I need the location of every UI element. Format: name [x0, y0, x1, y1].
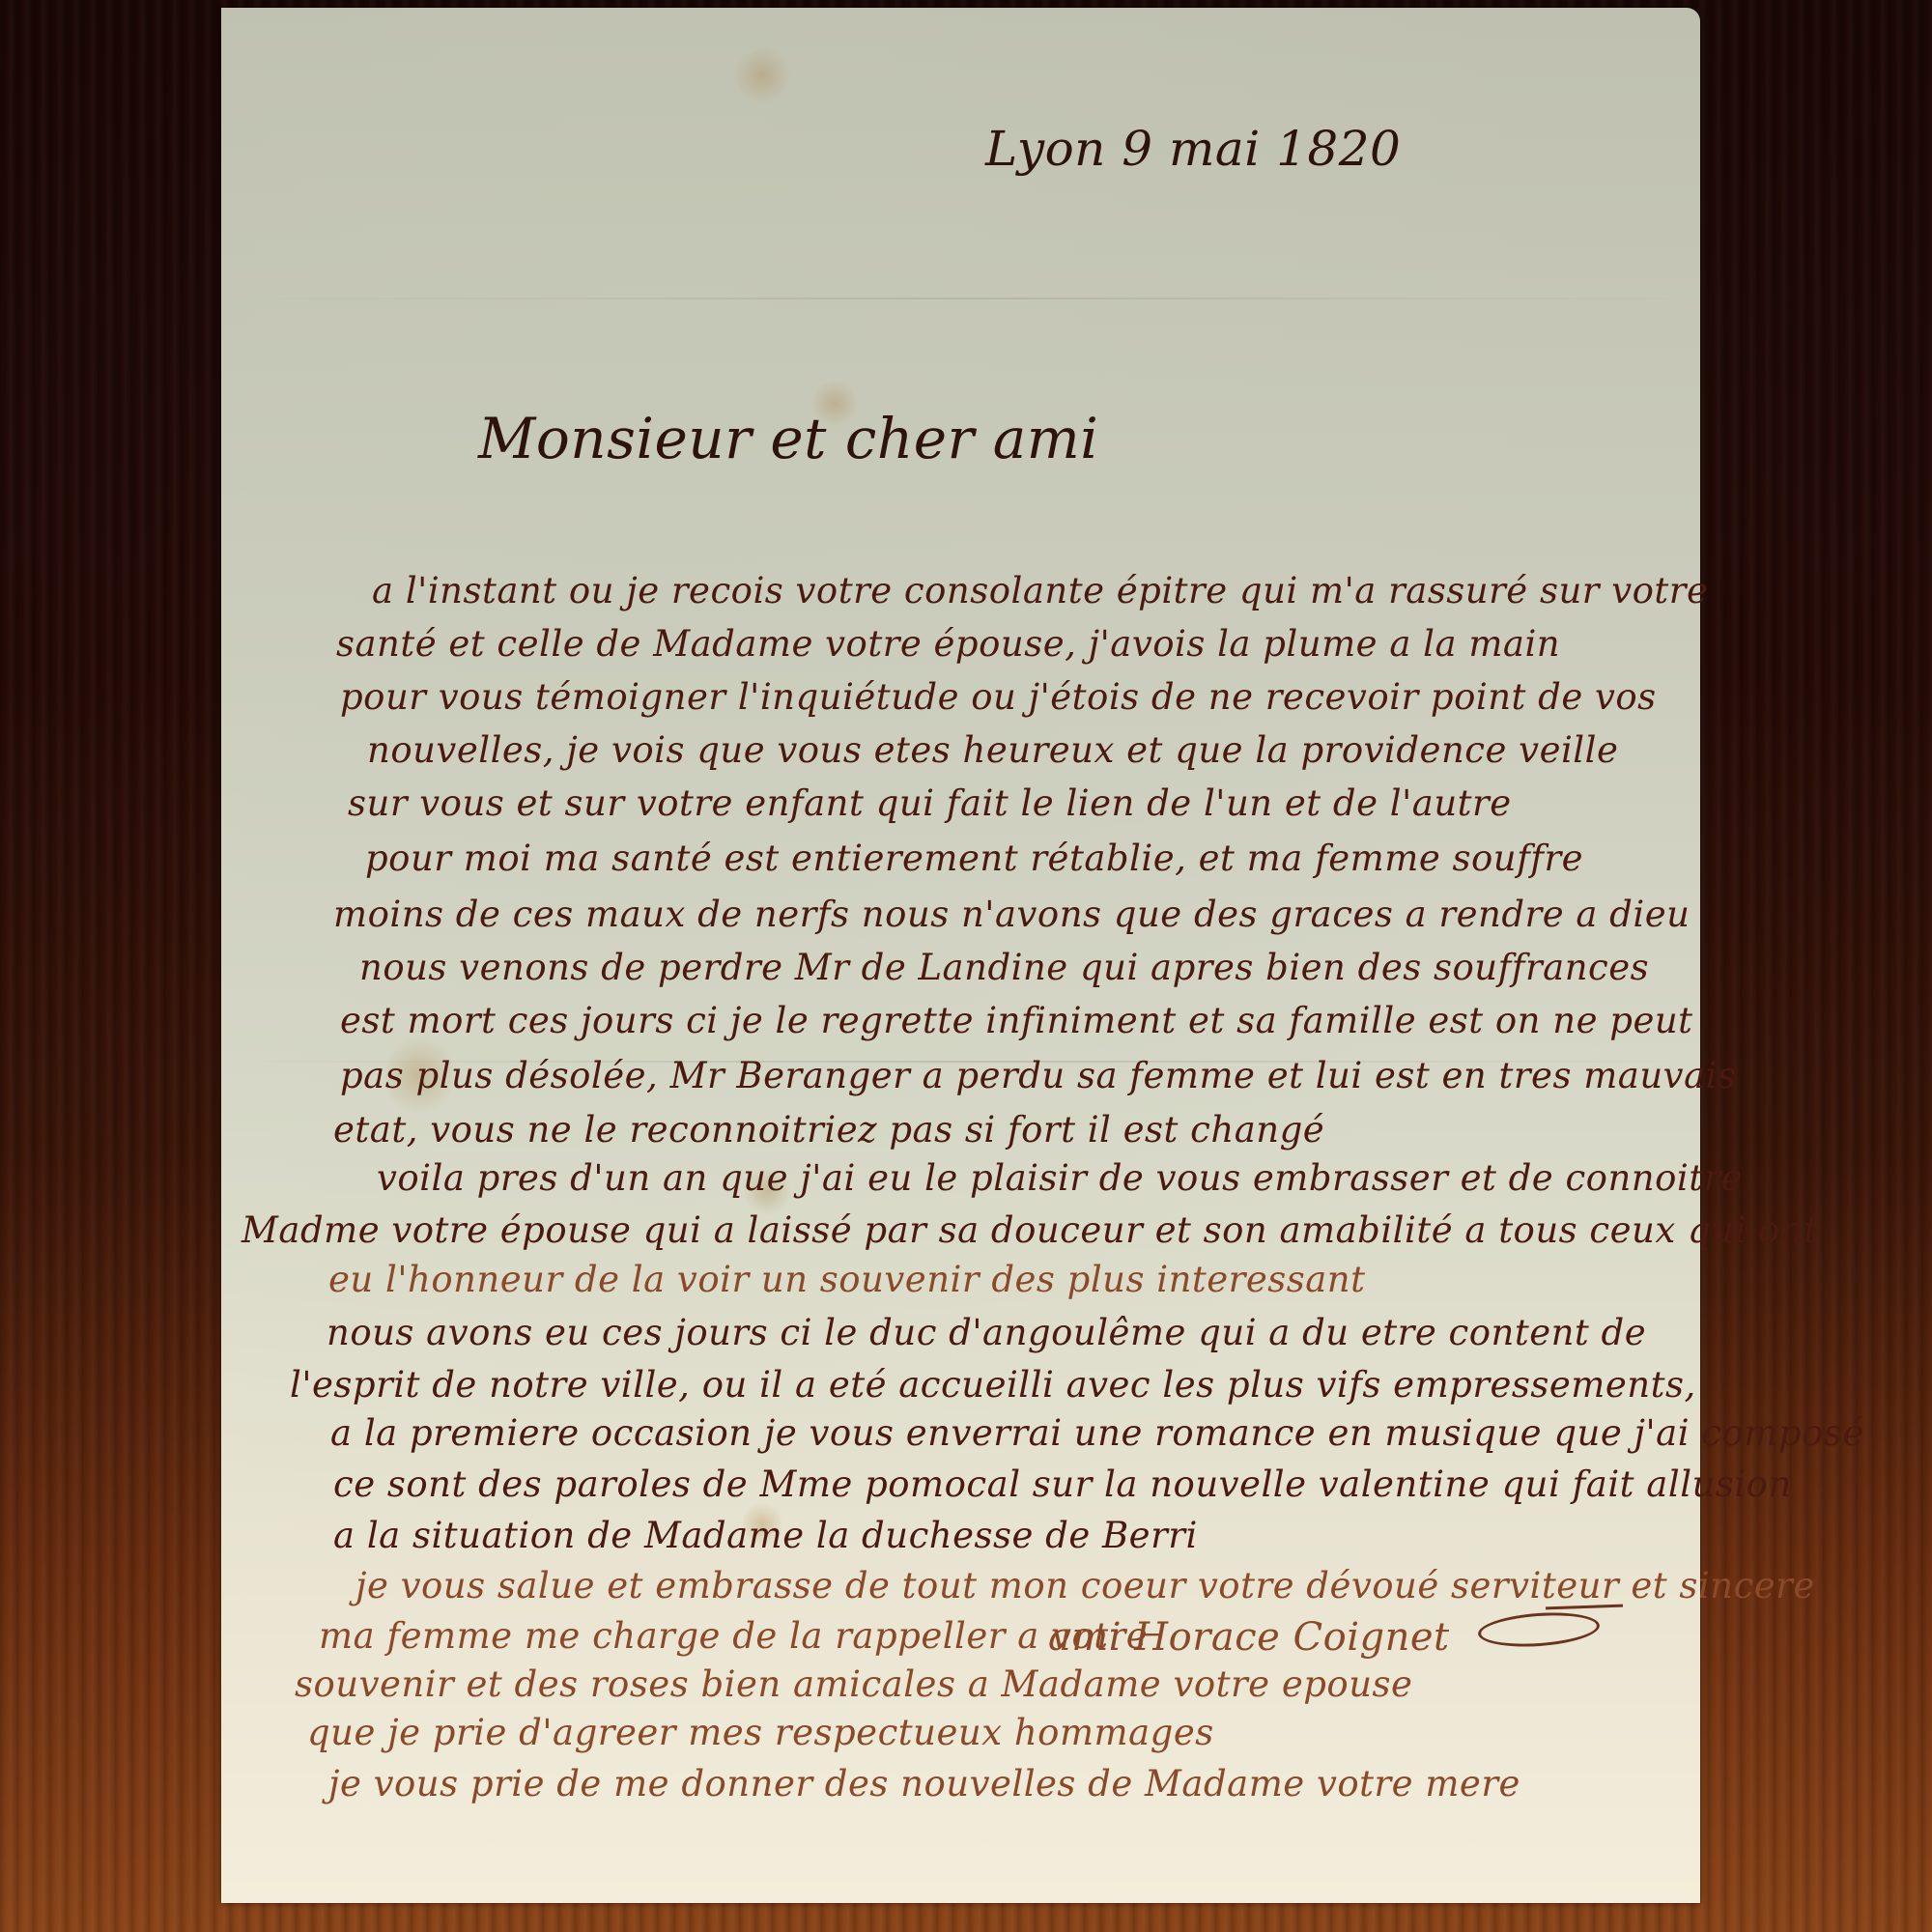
letter-line: santé et celle de Madame votre épouse, j… [336, 623, 1560, 665]
letter-line: nouvelles, je vois que vous etes heureux… [367, 729, 1618, 771]
letter-line: voila pres d'un an que j'ai eu le plaisi… [377, 1157, 1743, 1199]
letter-line: a la premiere occasion je vous enverrai … [330, 1412, 1864, 1454]
letter-line: je vous salue et embrasse de tout mon co… [355, 1565, 1815, 1606]
paper-stain [733, 46, 791, 104]
letter-line: a la situation de Madame la duchesse de … [333, 1515, 1198, 1556]
letter-line: nous venons de perdre Mr de Landine qui … [359, 947, 1649, 988]
letter-line: je vous prie de me donner des nouvelles … [328, 1763, 1520, 1804]
letter-line: Madme votre épouse qui a laissé par sa d… [241, 1209, 1819, 1251]
letter-line: etat, vous ne le reconnoitriez pas si fo… [333, 1109, 1324, 1151]
date-line: Lyon 9 mai 1820 [985, 121, 1401, 177]
salutation: Monsieur et cher ami [478, 406, 1098, 471]
letter-line: moins de ces maux de nerfs nous n'avons … [333, 894, 1690, 935]
letter-line: souvenir et des roses bien amicales a Ma… [295, 1663, 1412, 1705]
letter-line: pour vous témoigner l'inquiétude ou j'ét… [340, 676, 1657, 718]
letter-line: a l'instant ou je recois votre consolant… [372, 570, 1708, 611]
letter-line: eu l'honneur de la voir un souvenir des … [328, 1259, 1366, 1300]
letter-line: que je prie d'agreer mes respectueux hom… [307, 1712, 1214, 1753]
letter-line: sur vous et sur votre enfant qui fait le… [348, 782, 1512, 824]
letter-line: nous avons eu ces jours ci le duc d'ango… [327, 1312, 1646, 1353]
letter-line: ce sont des paroles de Mme pomocal sur l… [333, 1463, 1792, 1505]
paper-fold-line [221, 298, 1700, 299]
letter-line: pas plus désolée, Mr Beranger a perdu sa… [340, 1055, 1736, 1096]
letter-line: ma femme me charge de la rappeller a vot… [319, 1615, 1148, 1657]
letter-line: pour moi ma santé est entierement rétabl… [365, 838, 1583, 879]
signature: ami Horace Coignet [1048, 1615, 1450, 1660]
letter-line: l'esprit de notre ville, ou il a eté acc… [290, 1364, 1696, 1406]
letter-line: est mort ces jours ci je le regrette inf… [340, 1000, 1693, 1041]
